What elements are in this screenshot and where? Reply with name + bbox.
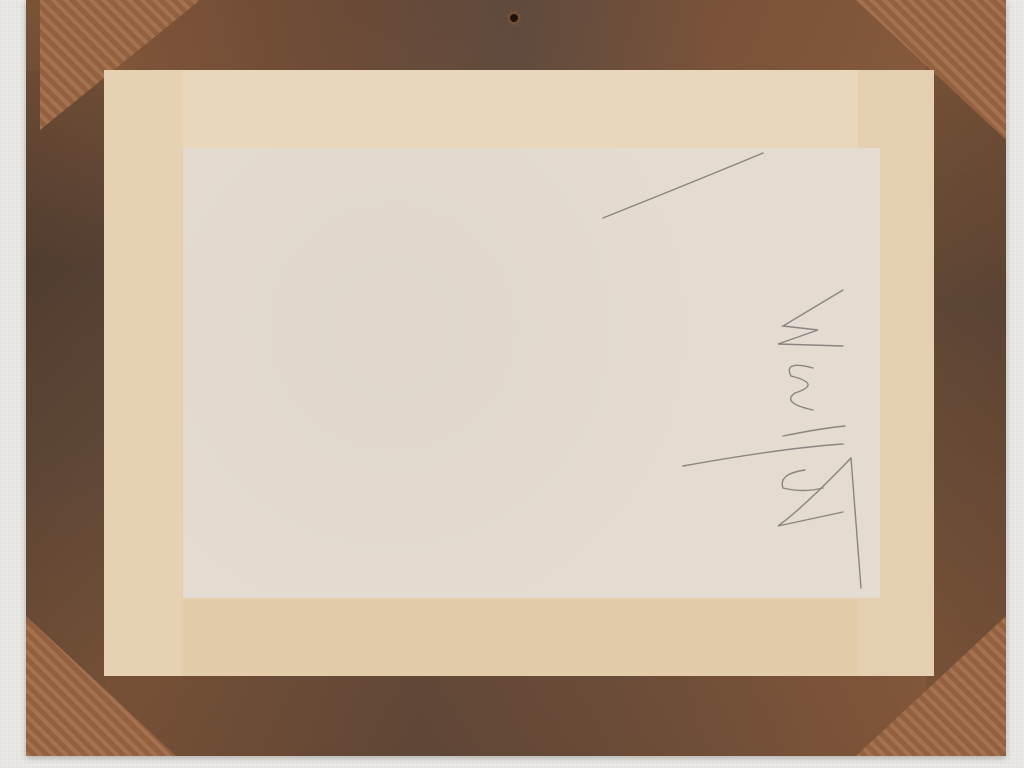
wooden-frame xyxy=(26,0,1006,756)
pencil-curve-top xyxy=(603,153,763,218)
tape-strip-left xyxy=(104,70,182,676)
tape-strip-bottom xyxy=(104,600,934,676)
tape-strip-top xyxy=(104,70,934,148)
backing-board xyxy=(183,148,880,598)
nail-hole xyxy=(510,14,518,22)
frame-bottom-rail xyxy=(26,676,1006,756)
pencil-marks xyxy=(183,148,880,598)
